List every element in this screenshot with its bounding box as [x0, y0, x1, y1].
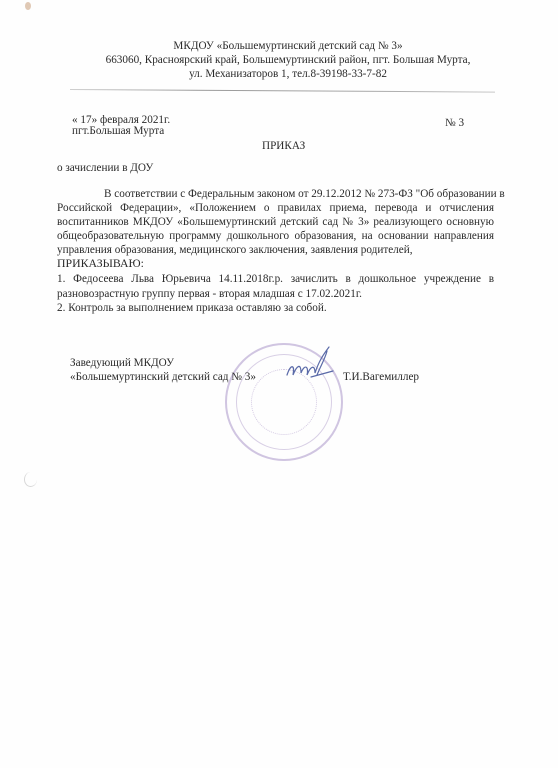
scanned-document-page: МКДОУ «Большемуртинский детский сад № 3»… [0, 0, 558, 768]
signatory-position-line2: «Большемуртинский детский сад № 3» [70, 370, 256, 384]
body-line: В соответствии с Федеральным законом от … [104, 187, 494, 201]
scan-speck [25, 2, 31, 10]
letterhead-divider [70, 89, 495, 93]
order-place: пгт.Большая Мурта [72, 124, 164, 138]
order-number: № 3 [445, 116, 464, 130]
order-item-2: 2. Контроль за выполнением приказа остав… [57, 301, 327, 315]
body-line: Российской Федерации», «Положением о пра… [57, 201, 494, 215]
order-word: ПРИКАЗЫВАЮ: [57, 256, 144, 270]
scan-mark [24, 472, 37, 487]
order-item-1-cont: разновозрастную группу первая - вторая м… [57, 287, 494, 301]
order-item-1: 1. Федосеева Льва Юрьевича 14.11.2018г.р… [57, 272, 494, 286]
letterhead-org: МКДОУ «Большемуртинский детский сад № 3» [9, 39, 558, 53]
order-subject: о зачислении в ДОУ [57, 161, 153, 175]
body-line: общеобразовательную программу дошкольног… [57, 229, 494, 243]
body-line: воспитанников МКДОУ «Большемуртинский де… [57, 215, 494, 229]
signatory-name: Т.И.Вагемиллер [343, 370, 419, 384]
letterhead-address: 663060, Красноярский край, Большемуртинс… [9, 53, 558, 67]
body-line: управления образования, медицинского зак… [57, 243, 494, 257]
handwritten-signature [283, 345, 338, 383]
document-title: ПРИКАЗ [262, 139, 305, 153]
letterhead-street-phone: ул. Механизаторов 1, тел.8-39198-33-7-82 [9, 67, 558, 81]
signatory-position-line1: Заведующий МКДОУ [70, 356, 174, 370]
